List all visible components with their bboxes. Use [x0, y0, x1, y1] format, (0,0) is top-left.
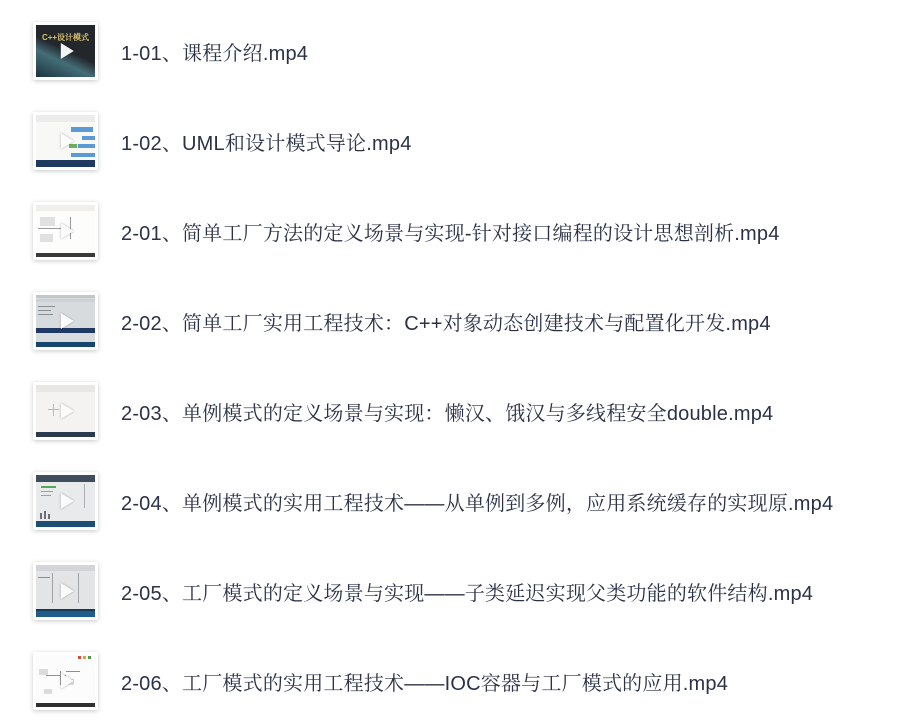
- video-thumbnail[interactable]: [33, 472, 98, 530]
- video-title[interactable]: 2-06、工厂模式的实用工程技术——IOC容器与工厂模式的应用.mp4: [121, 667, 728, 696]
- play-icon: [60, 43, 73, 59]
- play-icon: [60, 673, 73, 689]
- video-title[interactable]: 2-02、简单工厂实用工程技术：C++对象动态创建技术与配置化开发.mp4: [121, 307, 771, 336]
- play-icon: [60, 133, 73, 149]
- play-icon: [60, 493, 73, 509]
- video-title[interactable]: 2-05、工厂模式的定义场景与实现——子类延迟实现父类功能的软件结构.mp4: [121, 577, 813, 606]
- thumbnail-overlay-text: C++设计模式: [33, 32, 98, 43]
- video-title[interactable]: 2-04、单例模式的实用工程技术——从单例到多例，应用系统缓存的实现原.mp4: [121, 487, 833, 516]
- play-icon: [60, 223, 73, 239]
- list-item[interactable]: C++设计模式 1-01、课程介绍.mp4: [0, 6, 908, 96]
- video-thumbnail[interactable]: C++设计模式: [33, 22, 98, 80]
- list-item[interactable]: 2-03、单例模式的定义场景与实现：懒汉、饿汉与多线程安全double.mp4: [0, 366, 908, 456]
- list-item[interactable]: 2-01、简单工厂方法的定义场景与实现-针对接口编程的设计思想剖析.mp4: [0, 186, 908, 276]
- video-thumbnail[interactable]: [33, 652, 98, 710]
- video-title[interactable]: 1-02、UML和设计模式导论.mp4: [121, 127, 412, 156]
- list-item[interactable]: 2-02、简单工厂实用工程技术：C++对象动态创建技术与配置化开发.mp4: [0, 276, 908, 366]
- list-item[interactable]: 2-06、工厂模式的实用工程技术——IOC容器与工厂模式的应用.mp4: [0, 636, 908, 726]
- play-icon: [60, 313, 73, 329]
- list-item[interactable]: 2-05、工厂模式的定义场景与实现——子类延迟实现父类功能的软件结构.mp4: [0, 546, 908, 636]
- video-title[interactable]: 2-03、单例模式的定义场景与实现：懒汉、饿汉与多线程安全double.mp4: [121, 397, 773, 426]
- video-file-list: C++设计模式 1-01、课程介绍.mp4 1-02、UML和设计模式导论.mp…: [0, 0, 908, 726]
- video-thumbnail[interactable]: [33, 202, 98, 260]
- video-title[interactable]: 2-01、简单工厂方法的定义场景与实现-针对接口编程的设计思想剖析.mp4: [121, 217, 780, 246]
- play-icon: [60, 583, 73, 599]
- video-thumbnail[interactable]: [33, 112, 98, 170]
- list-item[interactable]: 2-04、单例模式的实用工程技术——从单例到多例，应用系统缓存的实现原.mp4: [0, 456, 908, 546]
- video-title[interactable]: 1-01、课程介绍.mp4: [121, 37, 308, 66]
- play-icon: [60, 403, 73, 419]
- video-thumbnail[interactable]: [33, 292, 98, 350]
- video-thumbnail[interactable]: [33, 382, 98, 440]
- list-item[interactable]: 1-02、UML和设计模式导论.mp4: [0, 96, 908, 186]
- video-thumbnail[interactable]: [33, 562, 98, 620]
